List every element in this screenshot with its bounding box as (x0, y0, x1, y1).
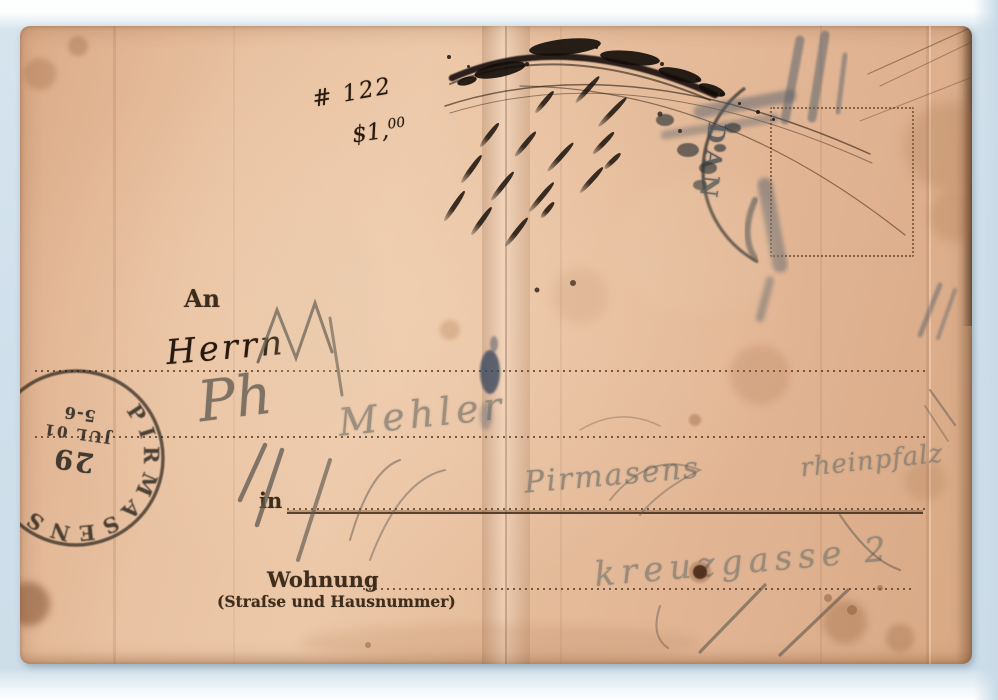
ink-dash (442, 190, 466, 223)
ink-dash (539, 201, 556, 220)
in-label: in (259, 488, 282, 513)
ink-dot (447, 55, 451, 59)
ink-dash (574, 75, 601, 104)
paper-stain (260, 216, 380, 416)
photo-margin (974, 0, 998, 700)
dealer-price-cents: 00 (387, 114, 407, 132)
crease-line (505, 26, 507, 664)
paper-stain (886, 624, 914, 652)
card-bottom-edge (20, 651, 972, 664)
address-line-3-rule (287, 512, 923, 514)
paper-stain (24, 58, 56, 90)
postcard-photo: An in Wohnung (Straſse und Hausnummer) P… (0, 0, 998, 700)
dealer-price-dollars: $1, (350, 117, 390, 148)
crease-line (560, 26, 562, 664)
ink-dash (597, 96, 628, 128)
paper-stain (440, 320, 460, 340)
wohnung-sublabel: (Straſse und Hausnummer) (217, 592, 456, 611)
paper-stain (68, 36, 88, 56)
paper-stain (689, 414, 701, 426)
an-label: An (184, 284, 220, 313)
ink-dash (591, 130, 615, 155)
card-right-edge-dark (962, 26, 972, 326)
ink-flecks (535, 112, 683, 293)
dealer-number-note: # 122 (310, 73, 394, 113)
city-handwriting: Pirmasens (523, 450, 702, 500)
address-line-3-dotted (287, 508, 925, 510)
paper-stain (730, 345, 790, 405)
ink-dash (527, 181, 555, 213)
street-handwriting: kreuzgasse 2 (593, 529, 894, 595)
ink-dot (595, 46, 598, 49)
ink-dot (660, 62, 664, 66)
recipient-initials-handwriting: Ph (194, 362, 275, 436)
wohnung-label: Wohnung (267, 567, 379, 592)
ink-dash (534, 90, 556, 115)
dealer-price-note: $1,00 (350, 114, 407, 148)
crease-highlight (929, 26, 931, 664)
ink-dash (578, 166, 604, 195)
postcard-back: An in Wohnung (Straſse und Hausnummer) P… (20, 26, 972, 664)
ink-dot (467, 65, 470, 68)
paper-stain (20, 582, 50, 626)
salutation-handwriting: Herrn (164, 323, 286, 373)
ink-dash (603, 152, 622, 171)
ink-dash (459, 154, 483, 184)
paper-stain (823, 600, 867, 644)
